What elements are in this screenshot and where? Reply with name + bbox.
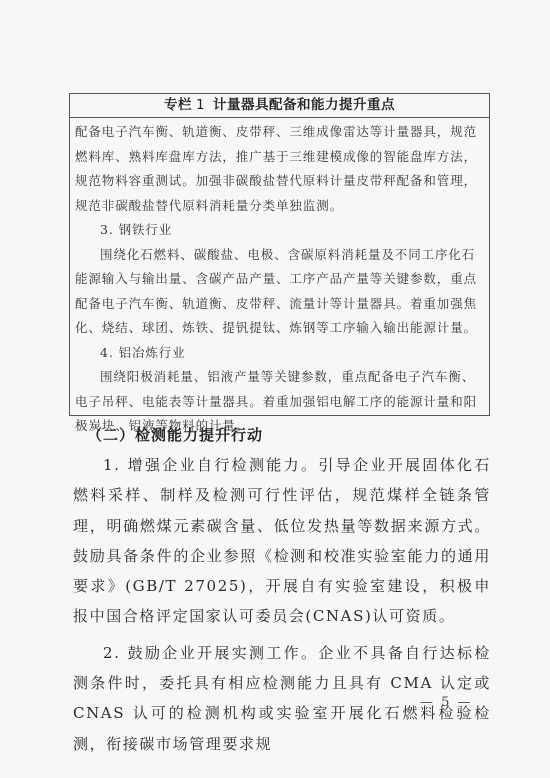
box-paragraph-cement: 配备电子汽车衡、轨道衡、皮带秤、三维成像雷达等计量器具，规范燃料库、熟料库盘库方…: [75, 120, 485, 218]
box-number: 1: [196, 97, 205, 113]
box-label: 专栏: [164, 97, 192, 113]
page-number: — 5 —: [420, 695, 473, 710]
section-title: （二）检测能力提升行动: [73, 420, 491, 450]
box-title: 专栏1计量器具配备和能力提升重点: [70, 94, 489, 118]
sidebar-box-column-1: 专栏1计量器具配备和能力提升重点 配备电子汽车衡、轨道衡、皮带秤、三维成像雷达等…: [69, 93, 490, 416]
paragraph-self-testing: 1. 增强企业自行检测能力。引导企业开展固体化石燃料采样、制样及检测可行性评估，…: [73, 450, 491, 632]
box-paragraph-steel: 围绕化石燃料、碳酸盐、电极、含碳原料消耗量及不同工序化石能源输入与输出量、含碳产…: [75, 243, 485, 341]
box-title-text: 计量器具配备和能力提升重点: [213, 97, 395, 113]
box-subheading-aluminum: 4. 铝冶炼行业: [75, 341, 485, 366]
box-subheading-steel: 3. 钢铁行业: [75, 218, 485, 243]
box-body: 配备电子汽车衡、轨道衡、皮带秤、三维成像雷达等计量器具，规范燃料库、熟料库盘库方…: [70, 118, 489, 439]
